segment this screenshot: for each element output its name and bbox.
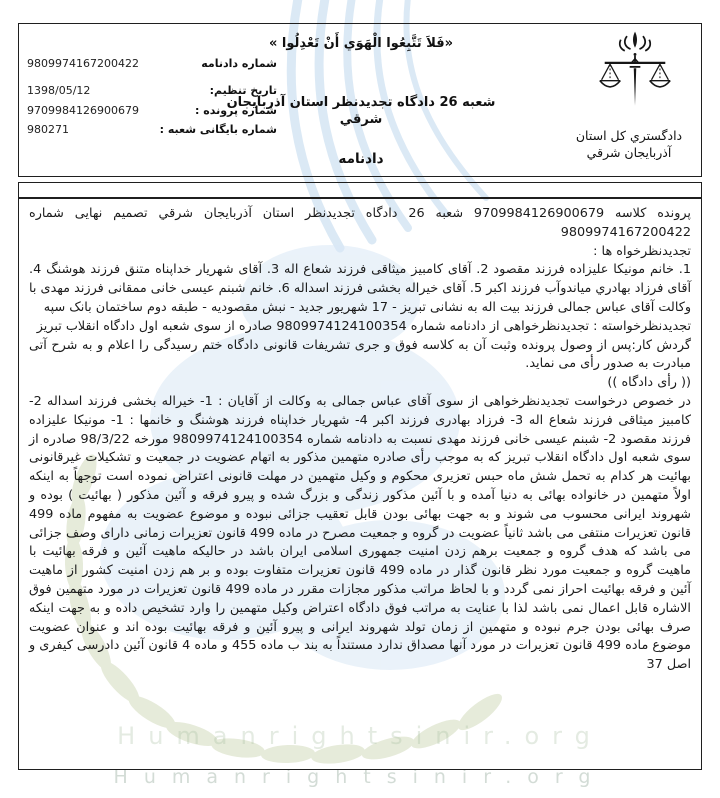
org-name-line1: دادگستري کل استان <box>559 127 699 144</box>
field-issue-date: تاریخ تنظیم: 1398/05/12 <box>27 82 277 98</box>
field-archive-number: شماره بایگانی شعبه : 980271 <box>27 121 277 137</box>
org-name-line2: آذربايجان شرقي <box>559 144 699 161</box>
appellants-label: تجدیدنظرخواه ها : <box>29 243 691 262</box>
field-value: 9809974167200422 <box>27 57 139 70</box>
divider-strip <box>18 182 702 198</box>
judgment-body-box: پرونده کلاسه 9709984126900679 شعبه 26 دا… <box>18 198 702 770</box>
header-box: دادگستري کل استان آذربايجان شرقي «فَلاَ … <box>18 23 702 177</box>
field-value: 1398/05/12 <box>27 84 90 97</box>
court-judgment-page: Humanrightsinir.org <box>0 0 720 798</box>
field-value: 9709984126900679 <box>27 104 139 117</box>
field-label: شماره بایگانی شعبه : <box>160 123 277 136</box>
field-label: شماره دادنامه <box>201 57 277 70</box>
document-type-title: دادنامه <box>191 151 531 167</box>
field-case-number: شماره پرونده : 9709984126900679 <box>27 102 277 118</box>
field-judgment-number: شماره دادنامه 9809974167200422 <box>27 55 277 71</box>
field-label: تاریخ تنظیم: <box>210 84 277 97</box>
field-label: شماره پرونده : <box>195 104 277 117</box>
quran-verse: «فَلاَ تَتَّبِعُوا الْهَوَي أَنْ تَعْدِل… <box>211 36 511 51</box>
appeal-subject: تجدیدنظرخواسته : تجدیدنظرخواهی از دادنام… <box>29 318 691 337</box>
verdict-text: در خصوص درخواست تجدیدنظرخواهی از سوی آقا… <box>29 393 691 675</box>
verdict-heading: (( رأی دادگاه )) <box>29 374 691 393</box>
emblem-caption: دادگستري کل استان آذربايجان شرقي <box>559 127 699 161</box>
judiciary-emblem-icon <box>585 29 685 127</box>
field-value: 980271 <box>27 123 69 136</box>
proceedings-summary: گردش کار:پس از وصول پرونده وثبت آن به کل… <box>29 337 691 375</box>
case-reference-line: پرونده کلاسه 9709984126900679 شعبه 26 دا… <box>29 205 691 243</box>
appellants-list: 1. خانم مونیکا علیزاده فرزند مقصود 2. آق… <box>29 261 691 317</box>
